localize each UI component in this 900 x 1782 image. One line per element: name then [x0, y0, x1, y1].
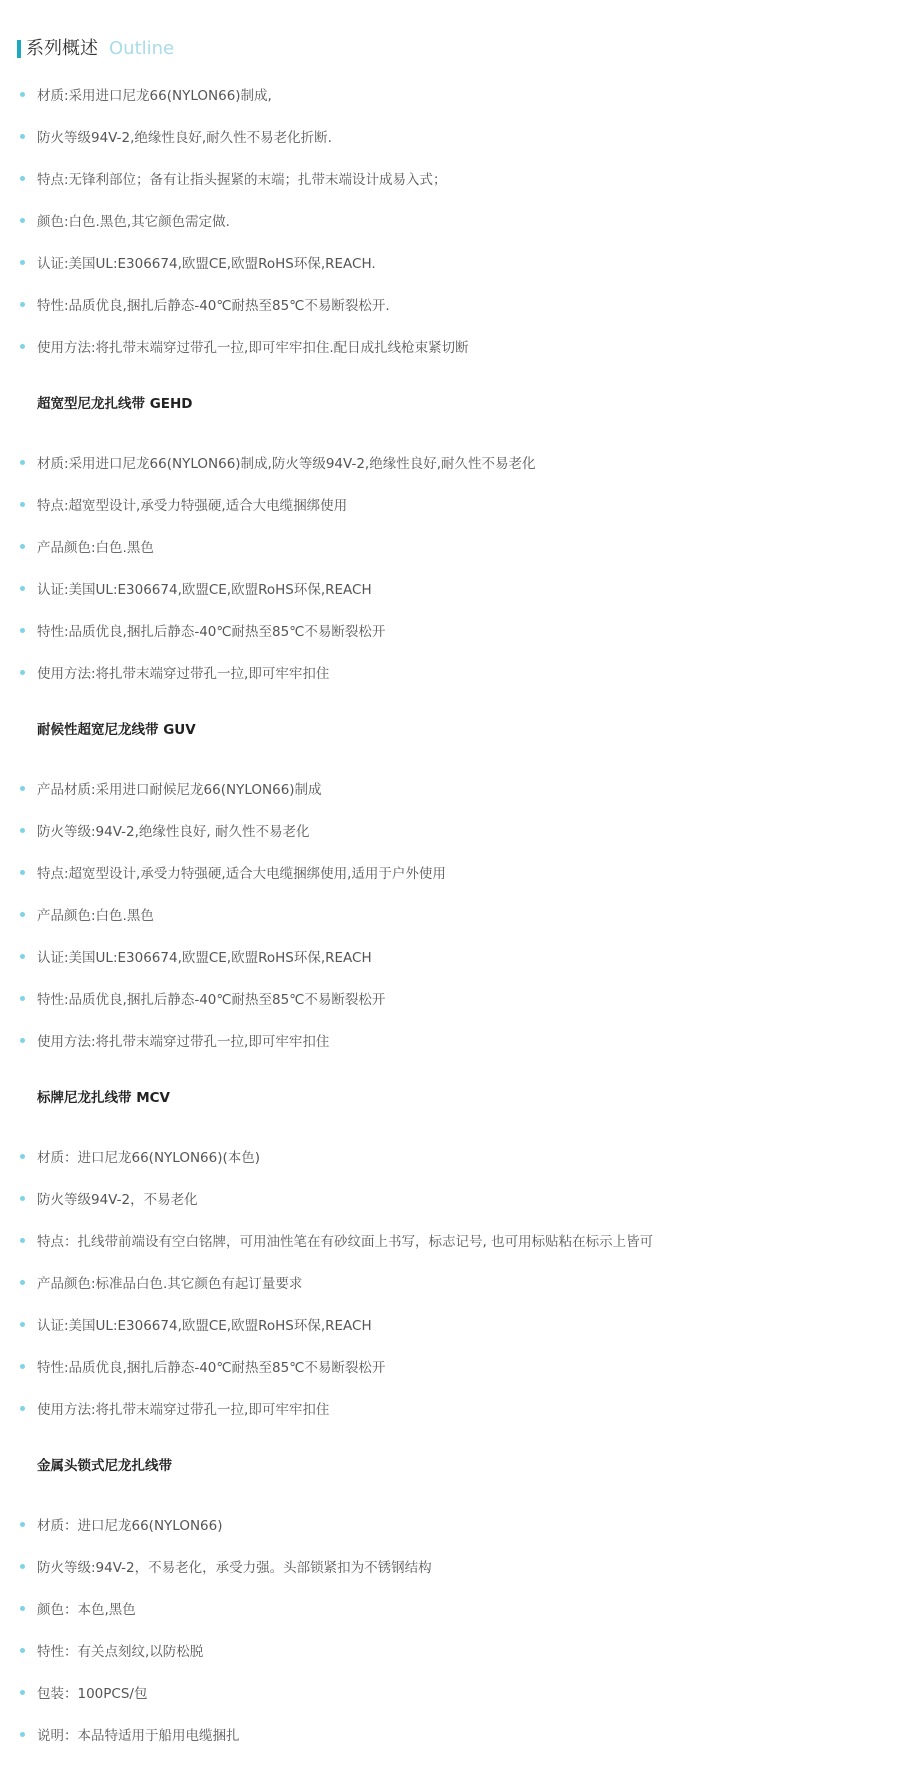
- list-item: 材质:采用进口尼龙66(NYLON66)制成,: [20, 84, 272, 104]
- list-item: 特性:品质优良,捆扎后静态-40℃耐热至85℃不易断裂松开.: [20, 294, 390, 314]
- group-title-mcv: 标牌尼龙扎线带 MCV: [37, 1088, 170, 1108]
- list-item: 特性:品质优良,捆扎后静态-40℃耐热至85℃不易断裂松开: [20, 1356, 385, 1376]
- bullet-icon: [20, 134, 25, 139]
- list-item: 认证:美国UL:E306674,欧盟CE,欧盟RoHS环保,REACH.: [20, 252, 376, 272]
- bullet-icon: [20, 1364, 25, 1369]
- list-item: 特性:品质优良,捆扎后静态-40℃耐热至85℃不易断裂松开: [20, 620, 385, 640]
- list-item: 材质:采用进口尼龙66(NYLON66)制成,防火等级94V-2,绝缘性良好,耐…: [20, 452, 536, 472]
- bullet-icon: [20, 1732, 25, 1737]
- list-item: 防火等级94V-2,绝缘性良好,耐久性不易老化折断.: [20, 126, 332, 146]
- bullet-icon: [20, 1196, 25, 1201]
- list-item: 防火等级:94V-2，不易老化，承受力强。头部锁紧扣为不锈钢结构: [20, 1556, 432, 1576]
- bullet-icon: [20, 954, 25, 959]
- list-item: 使用方法:将扎带末端穿过带孔一拉,即可牢牢扣住: [20, 1030, 329, 1050]
- bullet-icon: [20, 1690, 25, 1695]
- bullet-icon: [20, 1154, 25, 1159]
- list-item: 颜色：本色,黑色: [20, 1598, 136, 1618]
- bullet-icon: [20, 1606, 25, 1611]
- group-title-guv: 耐候性超宽尼龙线带 GUV: [37, 720, 196, 740]
- list-item: 产品颜色:白色.黑色: [20, 904, 154, 924]
- list-item: 产品颜色:标准品白色.其它颜色有起订量要求: [20, 1272, 302, 1292]
- bullet-icon: [20, 586, 25, 591]
- list-item: 说明：本品特适用于船用电缆捆扎: [20, 1724, 240, 1744]
- list-item: 特点：扎线带前端设有空白铭牌，可用油性笔在有砂纹面上书写，标志记号, 也可用标贴…: [20, 1230, 653, 1250]
- bullet-icon: [20, 1322, 25, 1327]
- bullet-icon: [20, 92, 25, 97]
- list-item: 特点:超宽型设计,承受力特强硬,适合大电缆捆绑使用,适用于户外使用: [20, 862, 446, 882]
- bullet-icon: [20, 176, 25, 181]
- bullet-icon: [20, 870, 25, 875]
- list-item: 特点:超宽型设计,承受力特强硬,适合大电缆捆绑使用: [20, 494, 347, 514]
- list-item: 产品材质:采用进口耐候尼龙66(NYLON66)制成: [20, 778, 322, 798]
- bullet-icon: [20, 1280, 25, 1285]
- bullet-icon: [20, 544, 25, 549]
- list-item: 颜色:白色.黑色,其它颜色需定做.: [20, 210, 230, 230]
- bullet-icon: [20, 996, 25, 1001]
- list-item: 认证:美国UL:E306674,欧盟CE,欧盟RoHS环保,REACH: [20, 1314, 372, 1334]
- list-item: 特性：有关点刻纹,以防松脱: [20, 1640, 203, 1660]
- bullet-icon: [20, 786, 25, 791]
- section-header: 系列概述 Outline: [17, 38, 174, 60]
- list-item: 认证:美国UL:E306674,欧盟CE,欧盟RoHS环保,REACH: [20, 578, 372, 598]
- group-title-metal-lock: 金属头锁式尼龙扎线带: [37, 1456, 172, 1476]
- bullet-icon: [20, 1406, 25, 1411]
- bullet-icon: [20, 502, 25, 507]
- bullet-icon: [20, 260, 25, 265]
- list-item: 材质：进口尼龙66(NYLON66): [20, 1514, 223, 1534]
- bullet-icon: [20, 628, 25, 633]
- bullet-icon: [20, 1038, 25, 1043]
- bullet-icon: [20, 1648, 25, 1653]
- bullet-icon: [20, 1522, 25, 1527]
- list-item: 特性:品质优良,捆扎后静态-40℃耐热至85℃不易断裂松开: [20, 988, 385, 1008]
- bullet-icon: [20, 828, 25, 833]
- list-item: 使用方法:将扎带末端穿过带孔一拉,即可牢牢扣住.配日成扎线枪束紧切断: [20, 336, 469, 356]
- section-title-en: Outline: [109, 38, 174, 60]
- list-item: 使用方法:将扎带末端穿过带孔一拉,即可牢牢扣住: [20, 662, 329, 682]
- bullet-icon: [20, 218, 25, 223]
- list-item: 包装：100PCS/包: [20, 1682, 147, 1702]
- bullet-icon: [20, 460, 25, 465]
- list-item: 防火等级:94V-2,绝缘性良好, 耐久性不易老化: [20, 820, 310, 840]
- bullet-icon: [20, 1564, 25, 1569]
- list-item: 使用方法:将扎带末端穿过带孔一拉,即可牢牢扣住: [20, 1398, 329, 1418]
- bullet-icon: [20, 670, 25, 675]
- list-item: 产品颜色:白色.黑色: [20, 536, 154, 556]
- group-title-gehd: 超宽型尼龙扎线带 GEHD: [37, 394, 193, 414]
- section-title-cn: 系列概述: [26, 38, 98, 60]
- bullet-icon: [20, 302, 25, 307]
- title-accent-bar: [17, 40, 21, 58]
- list-item: 特点:无锋利部位；备有让指头握紧的末端；扎带末端设计成易入式；: [20, 168, 447, 188]
- bullet-icon: [20, 1238, 25, 1243]
- list-item: 材质：进口尼龙66(NYLON66)(本色): [20, 1146, 260, 1166]
- list-item: 认证:美国UL:E306674,欧盟CE,欧盟RoHS环保,REACH: [20, 946, 372, 966]
- bullet-icon: [20, 912, 25, 917]
- list-item: 防火等级94V-2，不易老化: [20, 1188, 198, 1208]
- bullet-icon: [20, 344, 25, 349]
